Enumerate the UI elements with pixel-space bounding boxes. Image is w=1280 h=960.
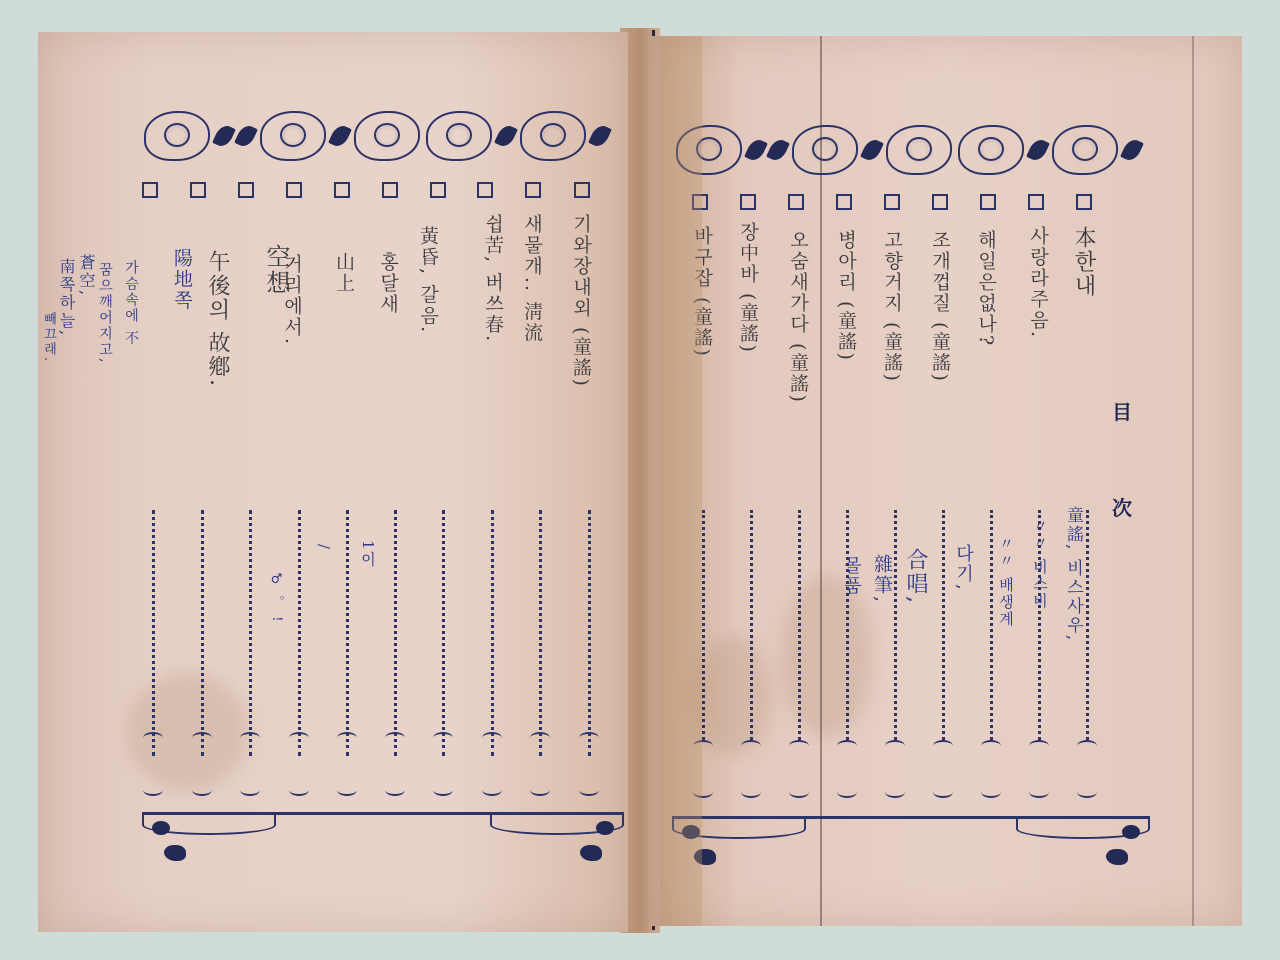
page-number-bracket (143, 784, 163, 796)
page-number-bracket (1029, 786, 1049, 798)
leaf-icon (588, 123, 612, 150)
entry-title: 陽地쪽 (172, 248, 191, 311)
leaf-icon (494, 123, 518, 150)
page-number-bracket (482, 784, 502, 796)
rose-icon (958, 125, 1024, 175)
entry-title: 午後의 故鄕. (206, 250, 228, 388)
entry-title: 오숨새가다 (童謠) (788, 230, 807, 404)
foot-ornament-icon (580, 845, 602, 861)
checkbox-icon[interactable] (334, 182, 350, 198)
entry-title: 사랑라주음. (1028, 226, 1047, 339)
title-char-1: 目 (1112, 396, 1132, 425)
checkbox-icon[interactable] (190, 182, 206, 198)
page-number-bracket (433, 784, 453, 796)
page-note: 다기, (954, 544, 972, 592)
checkbox-icon[interactable] (142, 182, 158, 198)
page-note: 몰품 (842, 556, 860, 596)
page-number-bracket (579, 732, 599, 744)
page-number-bracket (741, 740, 761, 752)
entry-title: 병아리 (童謠) (836, 230, 855, 362)
checkbox-icon[interactable] (525, 182, 541, 198)
page-number-bracket (789, 786, 809, 798)
rose-icon (354, 111, 420, 161)
page-number-bracket (741, 786, 761, 798)
checkbox-icon[interactable] (1076, 194, 1092, 210)
dotted-leader (442, 510, 445, 756)
checkbox-icon[interactable] (932, 194, 948, 210)
entry-title: 山上 (334, 252, 353, 294)
page-note: 雜筆, (872, 554, 891, 604)
dotted-leader (942, 510, 945, 740)
checkbox-icon[interactable] (574, 182, 590, 198)
page-number-bracket (579, 784, 599, 796)
page-number-bracket (240, 732, 260, 744)
page-number-bracket (337, 784, 357, 796)
leaf-icon (212, 123, 236, 150)
dotted-leader (249, 510, 252, 756)
leaf-icon (234, 123, 258, 150)
dotted-leader (298, 510, 301, 756)
left-page: 기와장내외 (童謠) 새물개.. 淸流 쉽苦, 버쓰春. 黃昏, 갈음. 홍달새… (38, 32, 628, 932)
page-note: 童謠, 비스사우, (1064, 506, 1081, 642)
dotted-leader (201, 510, 204, 756)
entry-title: 고향거지 (童謠) (882, 230, 901, 383)
checkbox-icon[interactable] (788, 194, 804, 210)
leaf-icon (1120, 137, 1144, 164)
entry-title: 空想 (264, 244, 288, 296)
margin-note: 南쪽하늘, (58, 258, 74, 337)
page-note: ♂ 。 ! (270, 572, 283, 624)
page-note: / (316, 544, 331, 551)
checkbox-icon[interactable] (884, 194, 900, 210)
dotted-leader (152, 510, 155, 756)
entry-title: 本한내 (1072, 226, 1094, 298)
rose-icon (792, 125, 858, 175)
entry-title: 해일은없나? (976, 230, 995, 347)
page-note: 〃〃 비스비 (1032, 518, 1047, 610)
ornamental-footer (672, 816, 1150, 863)
checkbox-icon[interactable] (430, 182, 446, 198)
checkbox-icon[interactable] (980, 194, 996, 210)
leaf-icon (766, 137, 790, 164)
page-note: 1이 (360, 540, 375, 569)
margin-note: 蒼空, (78, 254, 94, 297)
page-note: 〃〃 배생계 (998, 536, 1013, 628)
leaf-icon (744, 137, 768, 164)
page-number-bracket (143, 732, 163, 744)
page-number-bracket (981, 786, 1001, 798)
right-page: 目 次 本한내 사랑라주음. 해일은없나? 조개껍질 (童謠) 고향거지 (童謠… (652, 36, 1242, 926)
page-number-bracket (385, 732, 405, 744)
page-number-bracket (530, 732, 550, 744)
dotted-leader (798, 510, 801, 740)
rose-icon (260, 111, 326, 161)
checkbox-icon[interactable] (836, 194, 852, 210)
checkbox-icon[interactable] (238, 182, 254, 198)
margin-note: 가슴속에 不 (124, 260, 138, 346)
entry-title: 새물개.. 淸流 (522, 214, 541, 343)
dotted-leader (588, 510, 591, 756)
entry-title: 黃昏, 갈음. (418, 226, 437, 334)
checkbox-icon[interactable] (740, 194, 756, 210)
page-number-bracket (933, 786, 953, 798)
page-note: 合唱, (904, 548, 926, 605)
leaf-icon (860, 137, 884, 164)
dotted-leader (750, 510, 753, 740)
entry-title: 홍달새 (378, 252, 397, 315)
checkbox-icon[interactable] (382, 182, 398, 198)
margin-note: 꿈으깨어지고, (98, 262, 112, 364)
ornamental-footer (142, 812, 624, 859)
rose-icon (144, 111, 210, 161)
rose-icon (1052, 125, 1118, 175)
page-number-bracket (240, 784, 260, 796)
page-number-bracket (1077, 786, 1097, 798)
page-number-bracket (837, 740, 857, 752)
binding-tape (660, 36, 702, 926)
rose-icon (520, 111, 586, 161)
page-number-bracket (933, 740, 953, 752)
page-number-bracket (789, 740, 809, 752)
rose-icon (426, 111, 492, 161)
page-number-bracket (1077, 740, 1097, 752)
dotted-leader (702, 510, 705, 740)
foot-ornament-icon (164, 845, 186, 861)
dotted-leader (990, 510, 993, 740)
rose-border-top (144, 106, 608, 166)
dotted-leader (346, 510, 349, 756)
checkbox-icon[interactable] (286, 182, 302, 198)
dotted-leader (846, 510, 849, 740)
page-number-bracket (289, 732, 309, 744)
dotted-leader (394, 510, 397, 756)
title-char-2: 次 (1112, 492, 1132, 521)
entry-title: 조개껍질 (童謠) (930, 230, 949, 383)
dotted-leader (894, 510, 897, 740)
page-number-bracket (433, 732, 453, 744)
page-number-bracket (385, 784, 405, 796)
page-number-bracket (1029, 740, 1049, 752)
page-number-bracket (885, 786, 905, 798)
rose-border-top (676, 120, 1140, 180)
page-number-bracket (837, 786, 857, 798)
dotted-leader (491, 510, 494, 756)
page-number-bracket (192, 732, 212, 744)
page-number-bracket (885, 740, 905, 752)
leaf-icon (1026, 137, 1050, 164)
rose-icon (886, 125, 952, 175)
page-number-bracket (289, 784, 309, 796)
entry-title: 장中바 (童謠) (738, 222, 757, 354)
checkbox-icon[interactable] (1028, 194, 1044, 210)
dotted-leader (539, 510, 542, 756)
foot-ornament-icon (1106, 849, 1128, 865)
checkbox-icon[interactable] (477, 182, 493, 198)
page-number-bracket (482, 732, 502, 744)
dotted-leader (1086, 510, 1089, 740)
leaf-icon (328, 123, 352, 150)
page-number-bracket (337, 732, 357, 744)
entry-title: 기와장내외 (童謠) (571, 214, 590, 388)
page-number-bracket (530, 784, 550, 796)
entry-title: 쉽苦, 버쓰春. (483, 214, 502, 343)
page-number-bracket (981, 740, 1001, 752)
margin-note: 빼끄래. (42, 312, 55, 363)
page-number-bracket (192, 784, 212, 796)
